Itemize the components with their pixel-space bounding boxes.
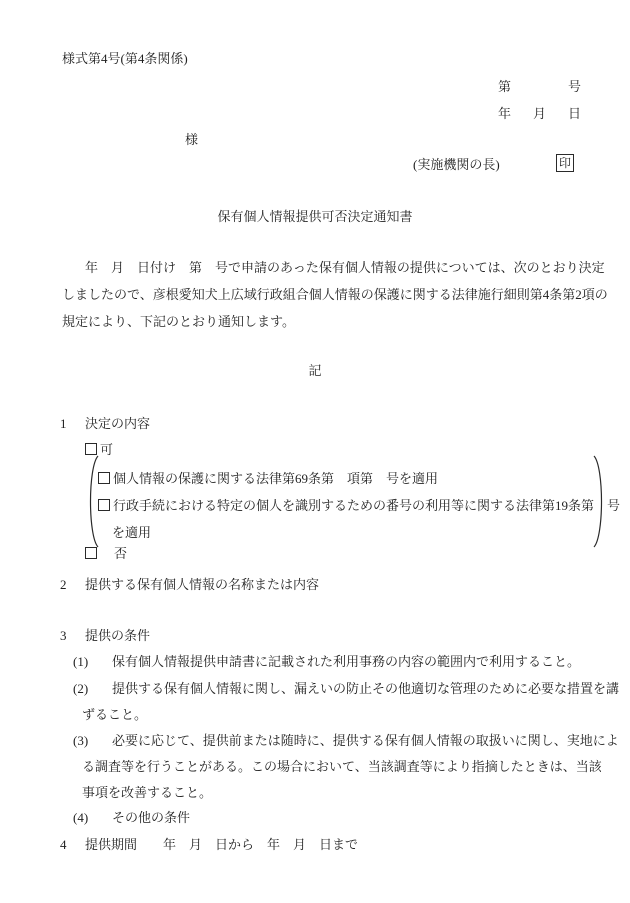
- section-1-title: 決定の内容: [85, 416, 150, 431]
- section-1-heading: 1決定の内容: [60, 416, 150, 432]
- provision-period: 年 月 日から 年 月 日まで: [163, 837, 358, 852]
- section-4-number: 4: [60, 837, 85, 853]
- section-2-title: 提供する保有個人情報の名称または内容: [85, 577, 319, 592]
- ki-marker: 記: [0, 363, 630, 379]
- document-page: 様式第4号(第4条関係) 第 号 年 月 日 様 (実施機関の長) 印 保有個人…: [0, 0, 630, 903]
- section-3-title: 提供の条件: [85, 628, 150, 643]
- left-bracket: [85, 455, 99, 548]
- condition-item-4: (4)その他の条件: [73, 810, 190, 826]
- section-3-number: 3: [60, 628, 85, 644]
- body-line-3: 規定により、下記のとおり通知します。: [62, 314, 295, 330]
- addressee-suffix: 様: [185, 132, 198, 148]
- condition-2-continuation: ずること。: [82, 707, 147, 723]
- body-line-2: しましたので、彦根愛知犬上広域行政組合個人情報の保護に関する法律施行細則第4条第…: [62, 287, 608, 303]
- condition-3-number: (3): [73, 733, 112, 749]
- doc-number-suffix: 号: [568, 79, 581, 95]
- condition-4-number: (4): [73, 810, 112, 826]
- law-option-2-line: 行政手続における特定の個人を識別するための番号の利用等に関する法律第19条第 号: [98, 498, 620, 514]
- issuer-label: (実施機関の長): [413, 157, 500, 173]
- form-number: 様式第4号(第4条関係): [62, 51, 188, 67]
- condition-item-1: (1)保有個人情報提供申請書に記載された利用事務の内容の範囲内で利用すること。: [73, 654, 580, 670]
- section-4-title: 提供期間: [85, 837, 137, 852]
- law-option-2-label: 行政手続における特定の個人を識別するための番号の利用等に関する法律第19条第 号: [113, 498, 620, 513]
- condition-item-2: (2)提供する保有個人情報に関し、漏えいの防止その他適切な管理のために必要な措置…: [73, 681, 619, 697]
- section-4-heading: 4提供期間年 月 日から 年 月 日まで: [60, 837, 358, 853]
- condition-item-3: (3)必要に応じて、提供前または随時に、提供する保有個人情報の取扱いに関し、実地…: [73, 733, 619, 749]
- law-option-1-checkbox: [98, 472, 110, 484]
- deny-label: 否: [114, 546, 127, 561]
- doc-number-prefix: 第: [498, 79, 511, 95]
- section-2-number: 2: [60, 577, 85, 593]
- section-1-number: 1: [60, 416, 85, 432]
- law-option-2-checkbox: [98, 499, 110, 511]
- document-number-line: 第 号: [498, 79, 581, 95]
- condition-2-text: 提供する保有個人情報に関し、漏えいの防止その他適切な管理のために必要な措置を講: [112, 681, 619, 696]
- condition-1-number: (1): [73, 654, 112, 670]
- condition-4-text: その他の条件: [112, 810, 190, 825]
- section-3-heading: 3提供の条件: [60, 628, 150, 644]
- law-option-1-label: 個人情報の保護に関する法律第69条第 項第 号を適用: [113, 471, 438, 486]
- law-option-2-continuation: を適用: [112, 525, 151, 541]
- condition-3-continuation-1: る調査等を行うことがある。この場合において、当該調査等により指摘したときは、当該: [82, 759, 602, 775]
- body-line-1: 年 月 日付け 第 号で申請のあった保有個人情報の提供については、次のとおり決定: [85, 260, 605, 276]
- approve-label: 可: [100, 442, 113, 457]
- section-2-heading: 2提供する保有個人情報の名称または内容: [60, 577, 319, 593]
- document-title: 保有個人情報提供可否決定通知書: [0, 209, 630, 225]
- deny-checkbox: [85, 547, 97, 559]
- condition-3-text: 必要に応じて、提供前または随時に、提供する保有個人情報の取扱いに関し、実地によ: [112, 733, 619, 748]
- date-year-label: 年: [498, 106, 511, 122]
- date-month-label: 月: [533, 106, 546, 122]
- condition-2-number: (2): [73, 681, 112, 697]
- date-day-label: 日: [568, 106, 581, 122]
- option-deny-line: 否: [85, 546, 127, 562]
- date-line: 年 月 日: [498, 106, 581, 122]
- law-option-1-line: 個人情報の保護に関する法律第69条第 項第 号を適用: [98, 471, 438, 487]
- condition-3-continuation-2: 事項を改善すること。: [82, 785, 212, 801]
- seal-mark: 印: [556, 154, 574, 172]
- approve-checkbox: [85, 443, 97, 455]
- condition-1-text: 保有個人情報提供申請書に記載された利用事務の内容の範囲内で利用すること。: [112, 654, 580, 669]
